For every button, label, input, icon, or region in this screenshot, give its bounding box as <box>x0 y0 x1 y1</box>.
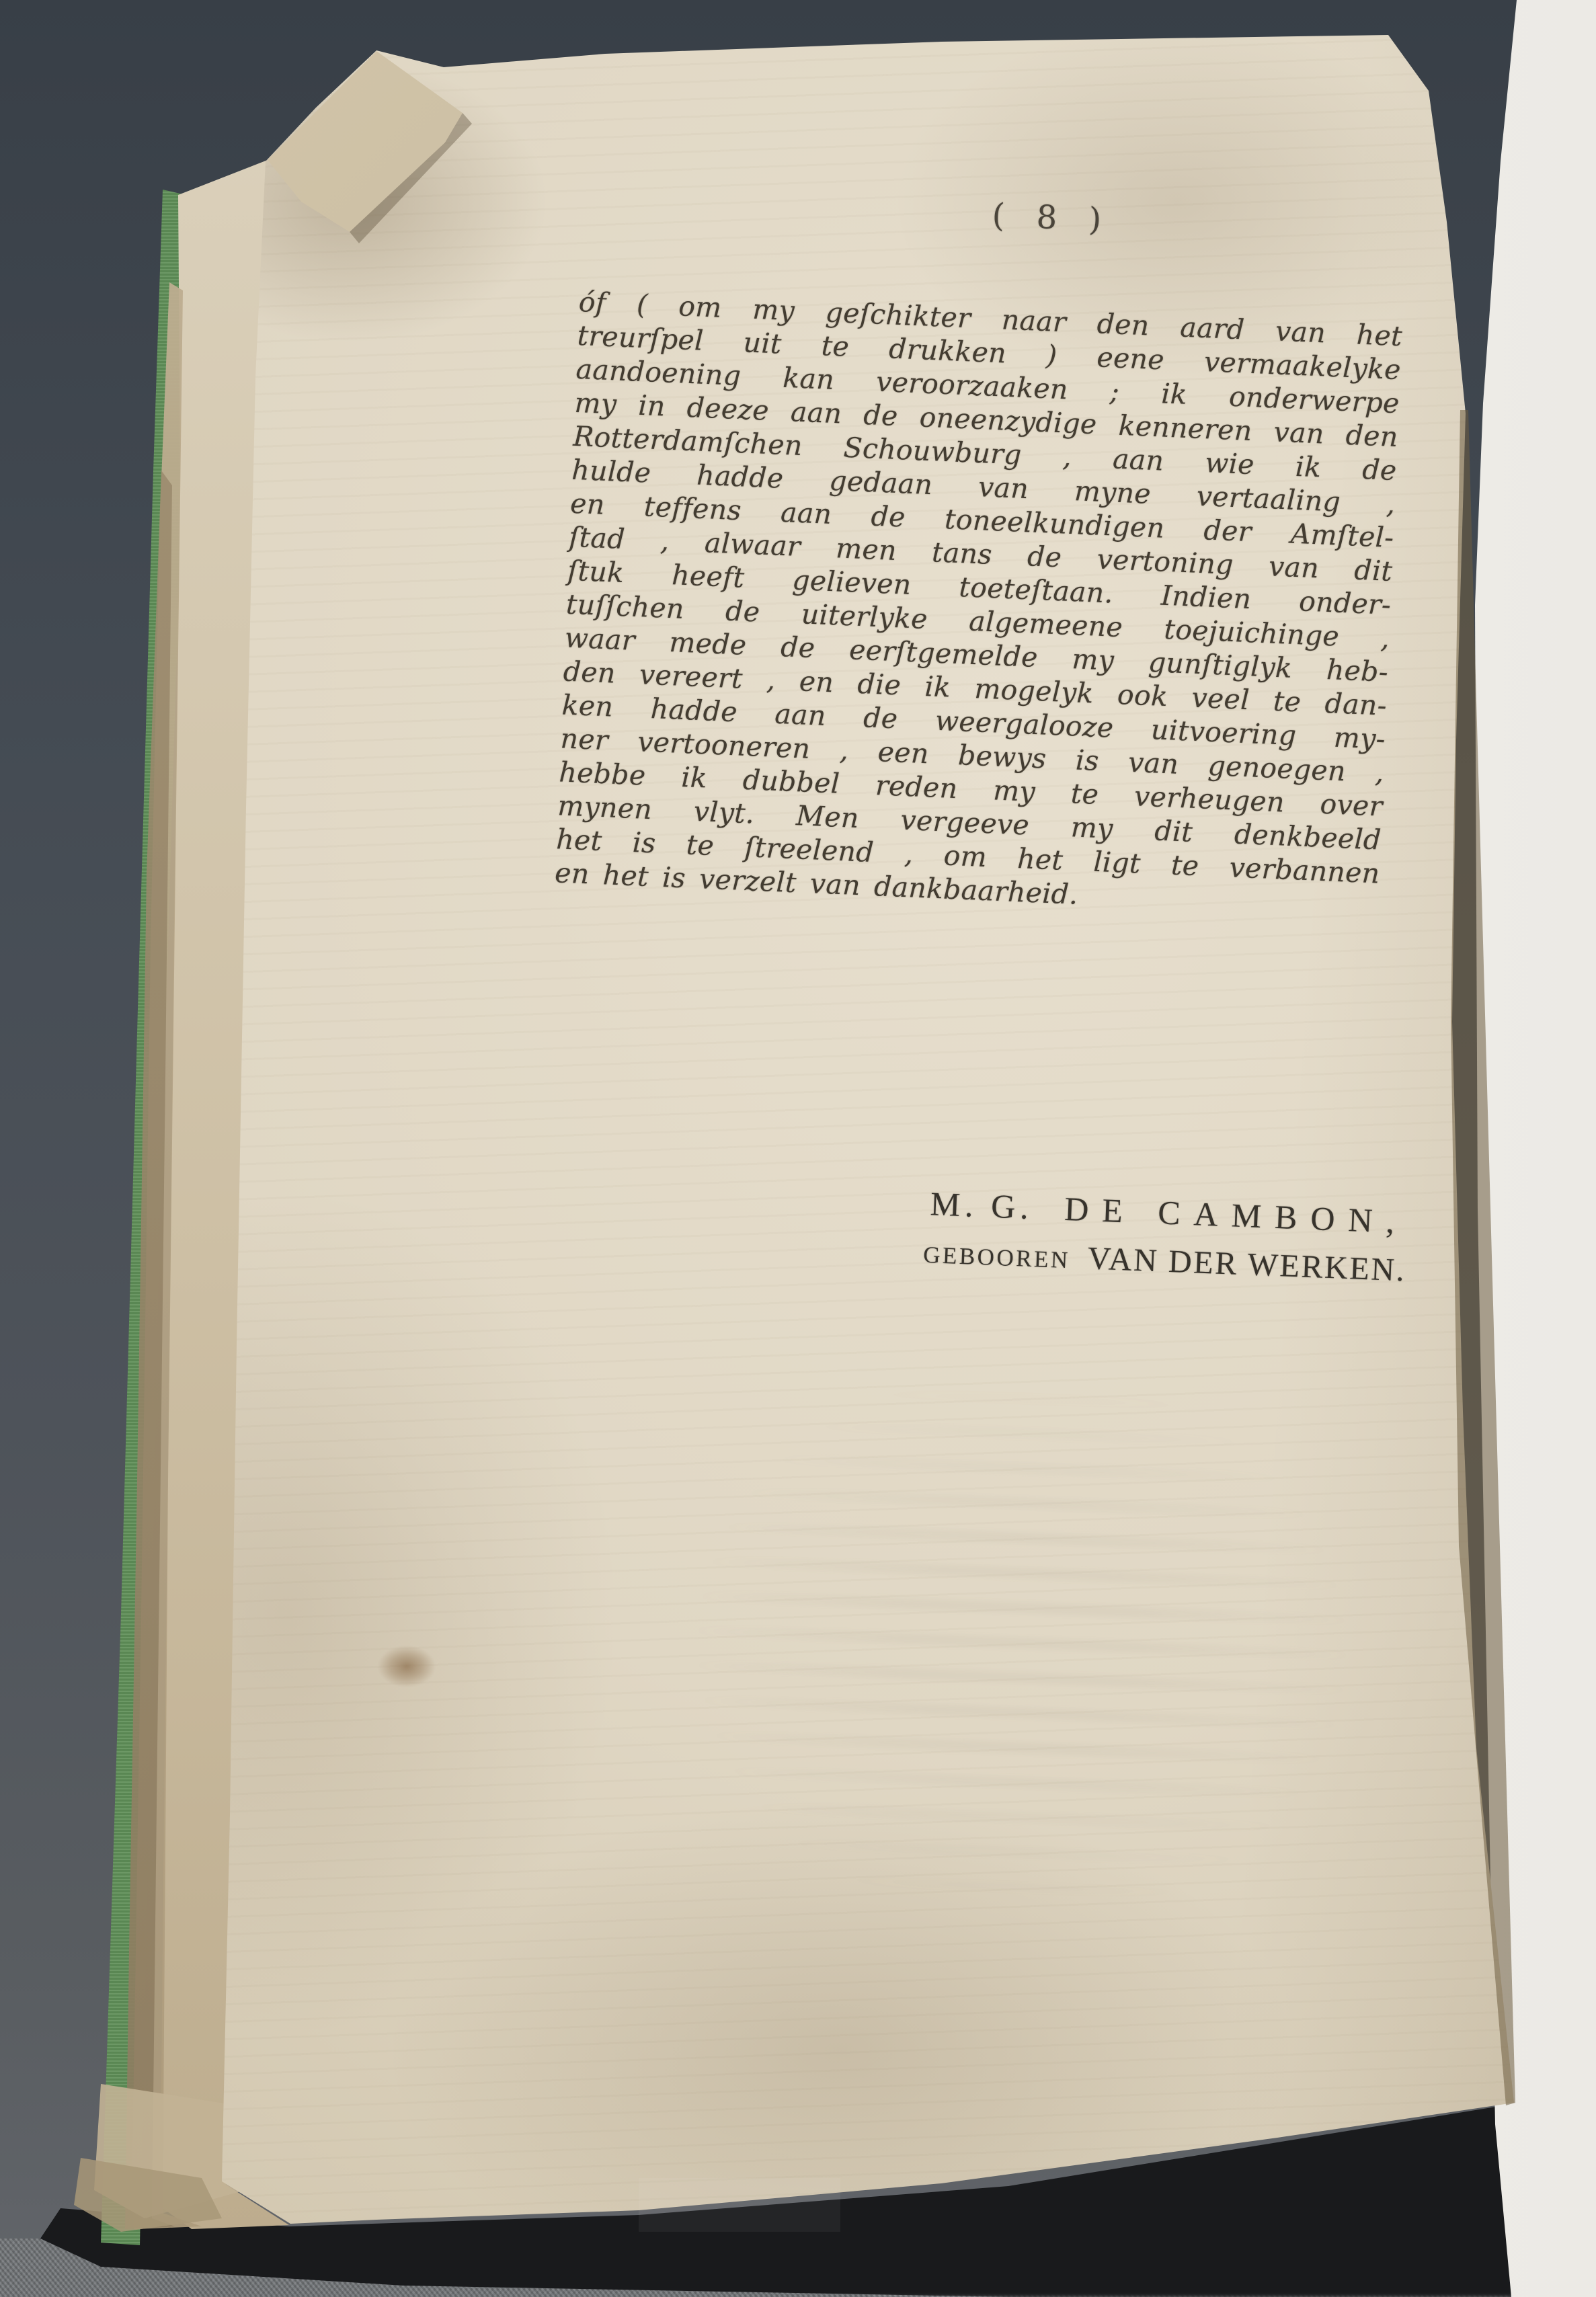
preface-text: óf ( om my geſchikter naar den aard van … <box>554 285 1403 924</box>
signature-initials: M. G. <box>930 1184 1034 1226</box>
bottom-edge-highlight <box>639 2178 840 2232</box>
show-through-text <box>668 1345 1375 1949</box>
stain <box>378 1646 436 1687</box>
book-photograph: ( 8 ) óf ( om my geſchikter naar den aar… <box>0 0 1596 2297</box>
signature-born-label: GEBOOREN <box>923 1242 1071 1273</box>
